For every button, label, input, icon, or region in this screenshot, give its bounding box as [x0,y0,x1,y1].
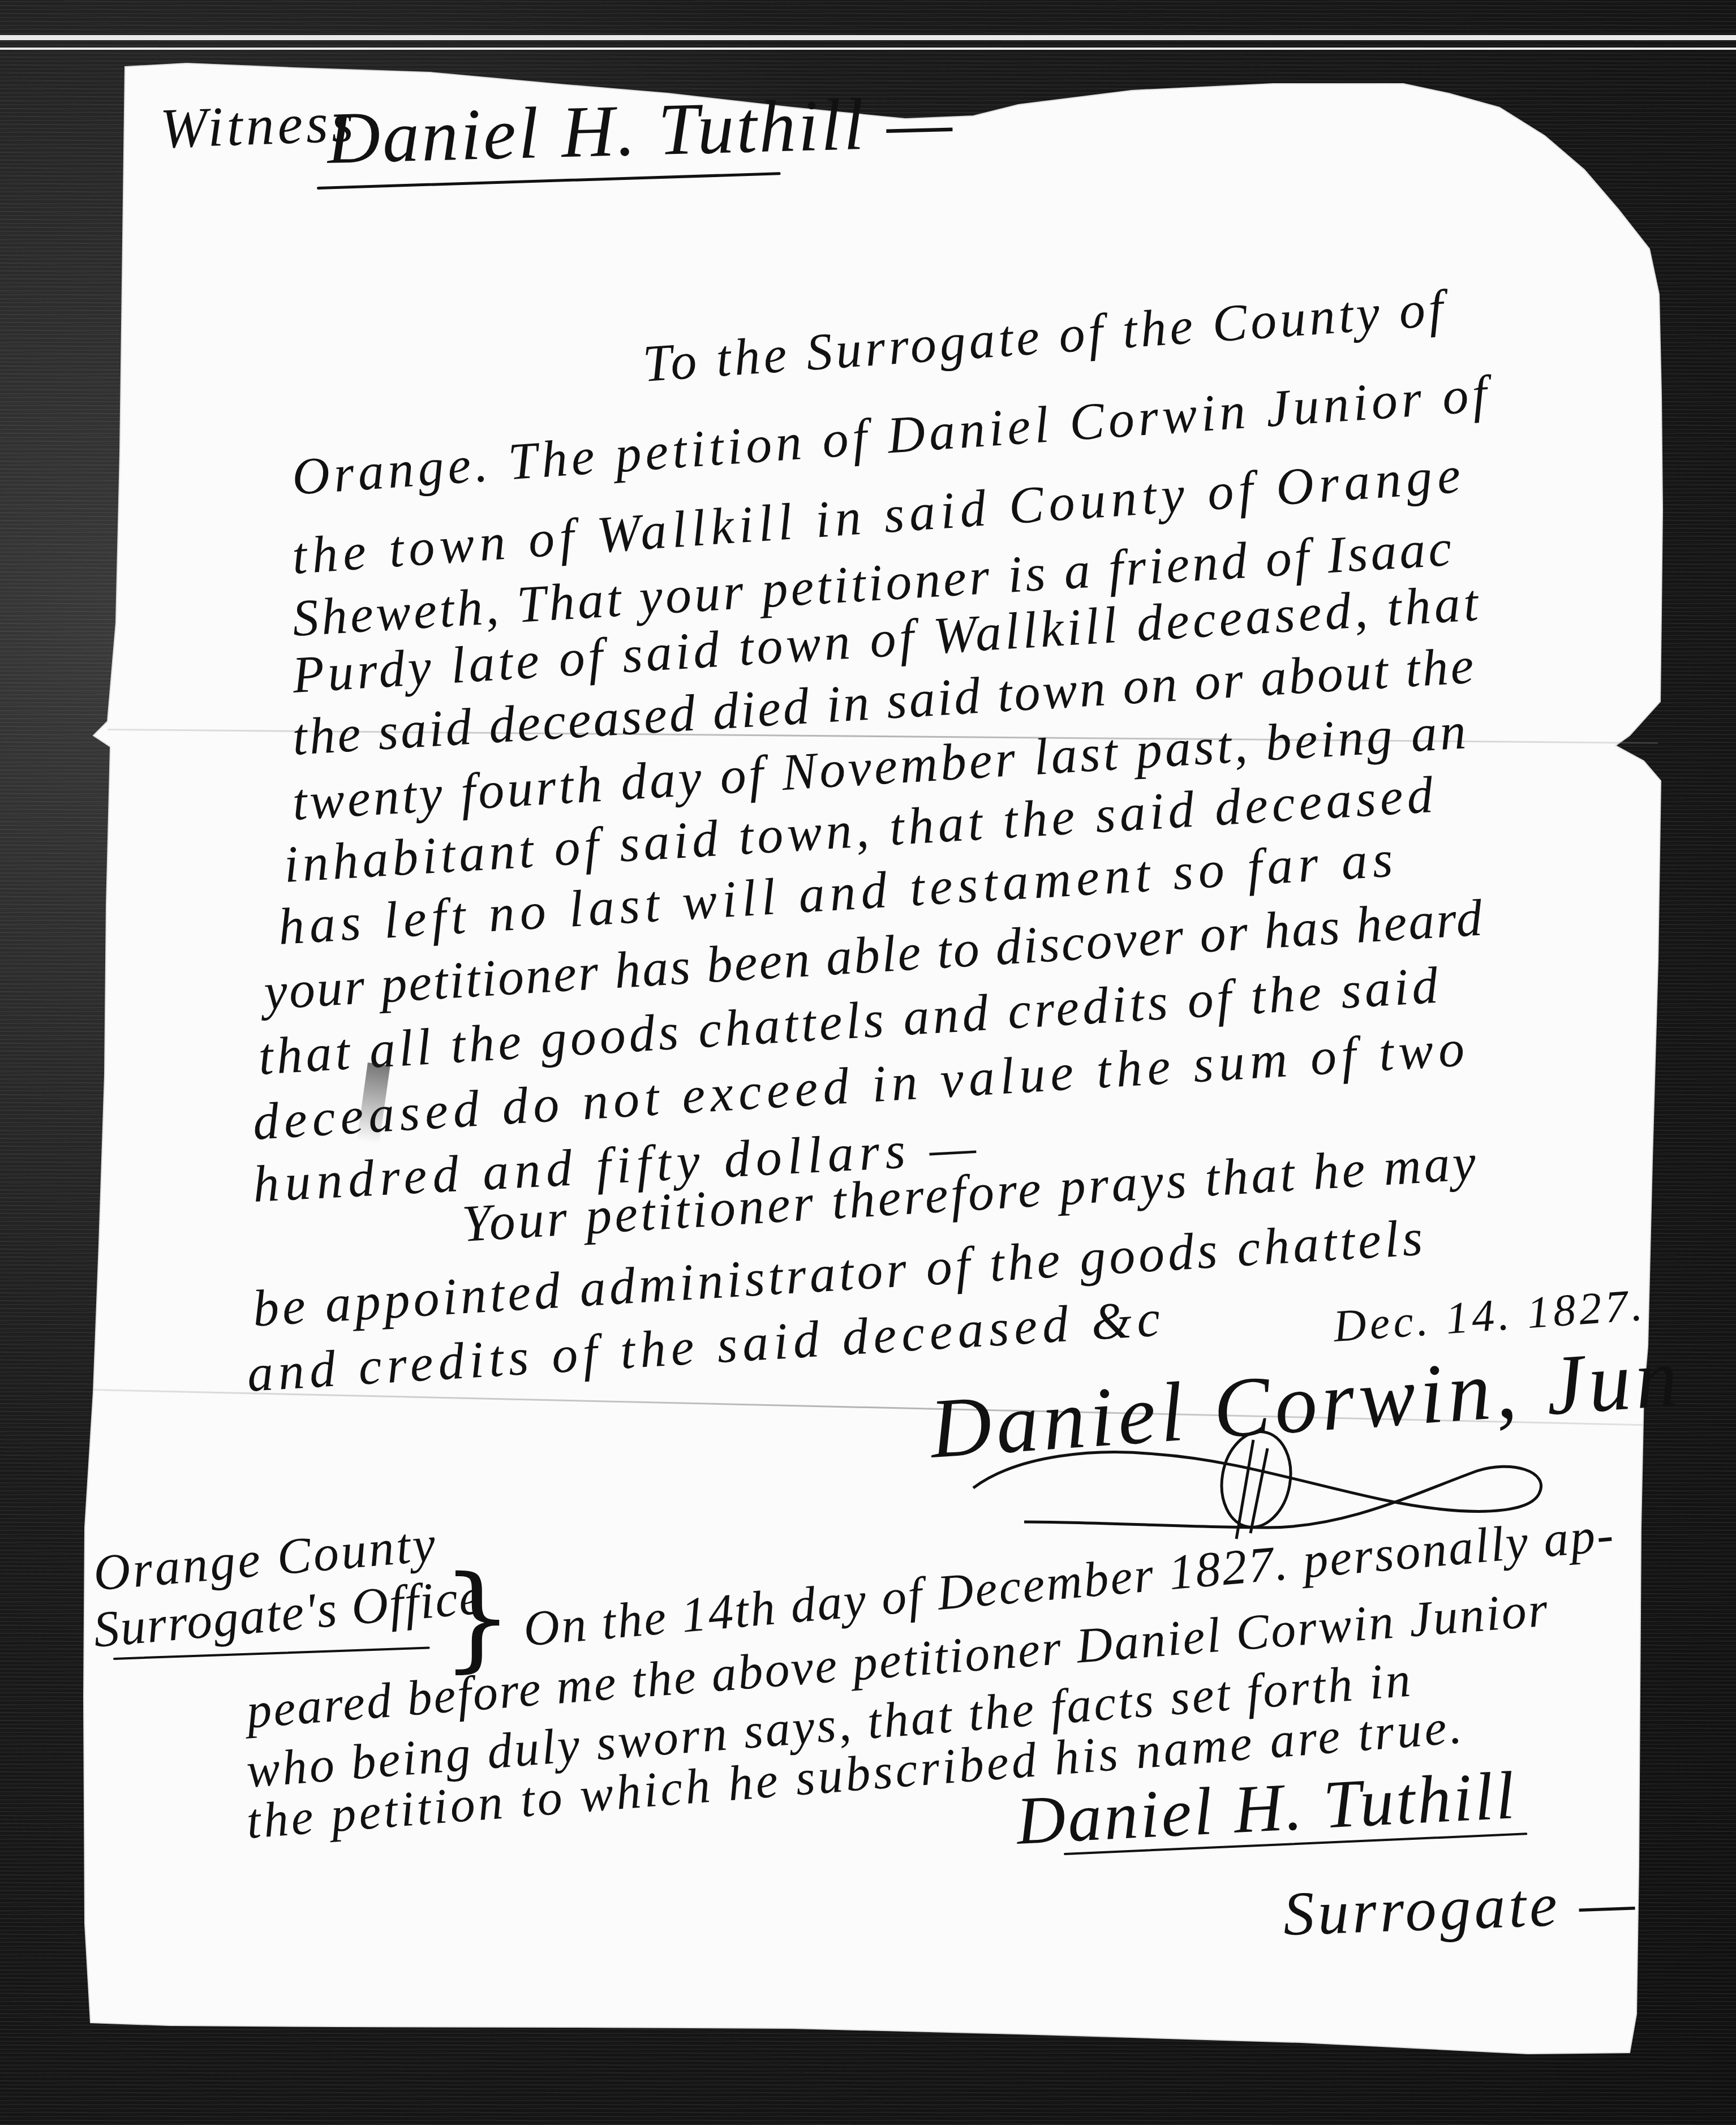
bracket-brace: } [441,1562,513,1675]
witness-signature: Daniel H. Tuthill — [326,80,955,181]
surrogate-title: Surrogate — [1282,1866,1639,1950]
